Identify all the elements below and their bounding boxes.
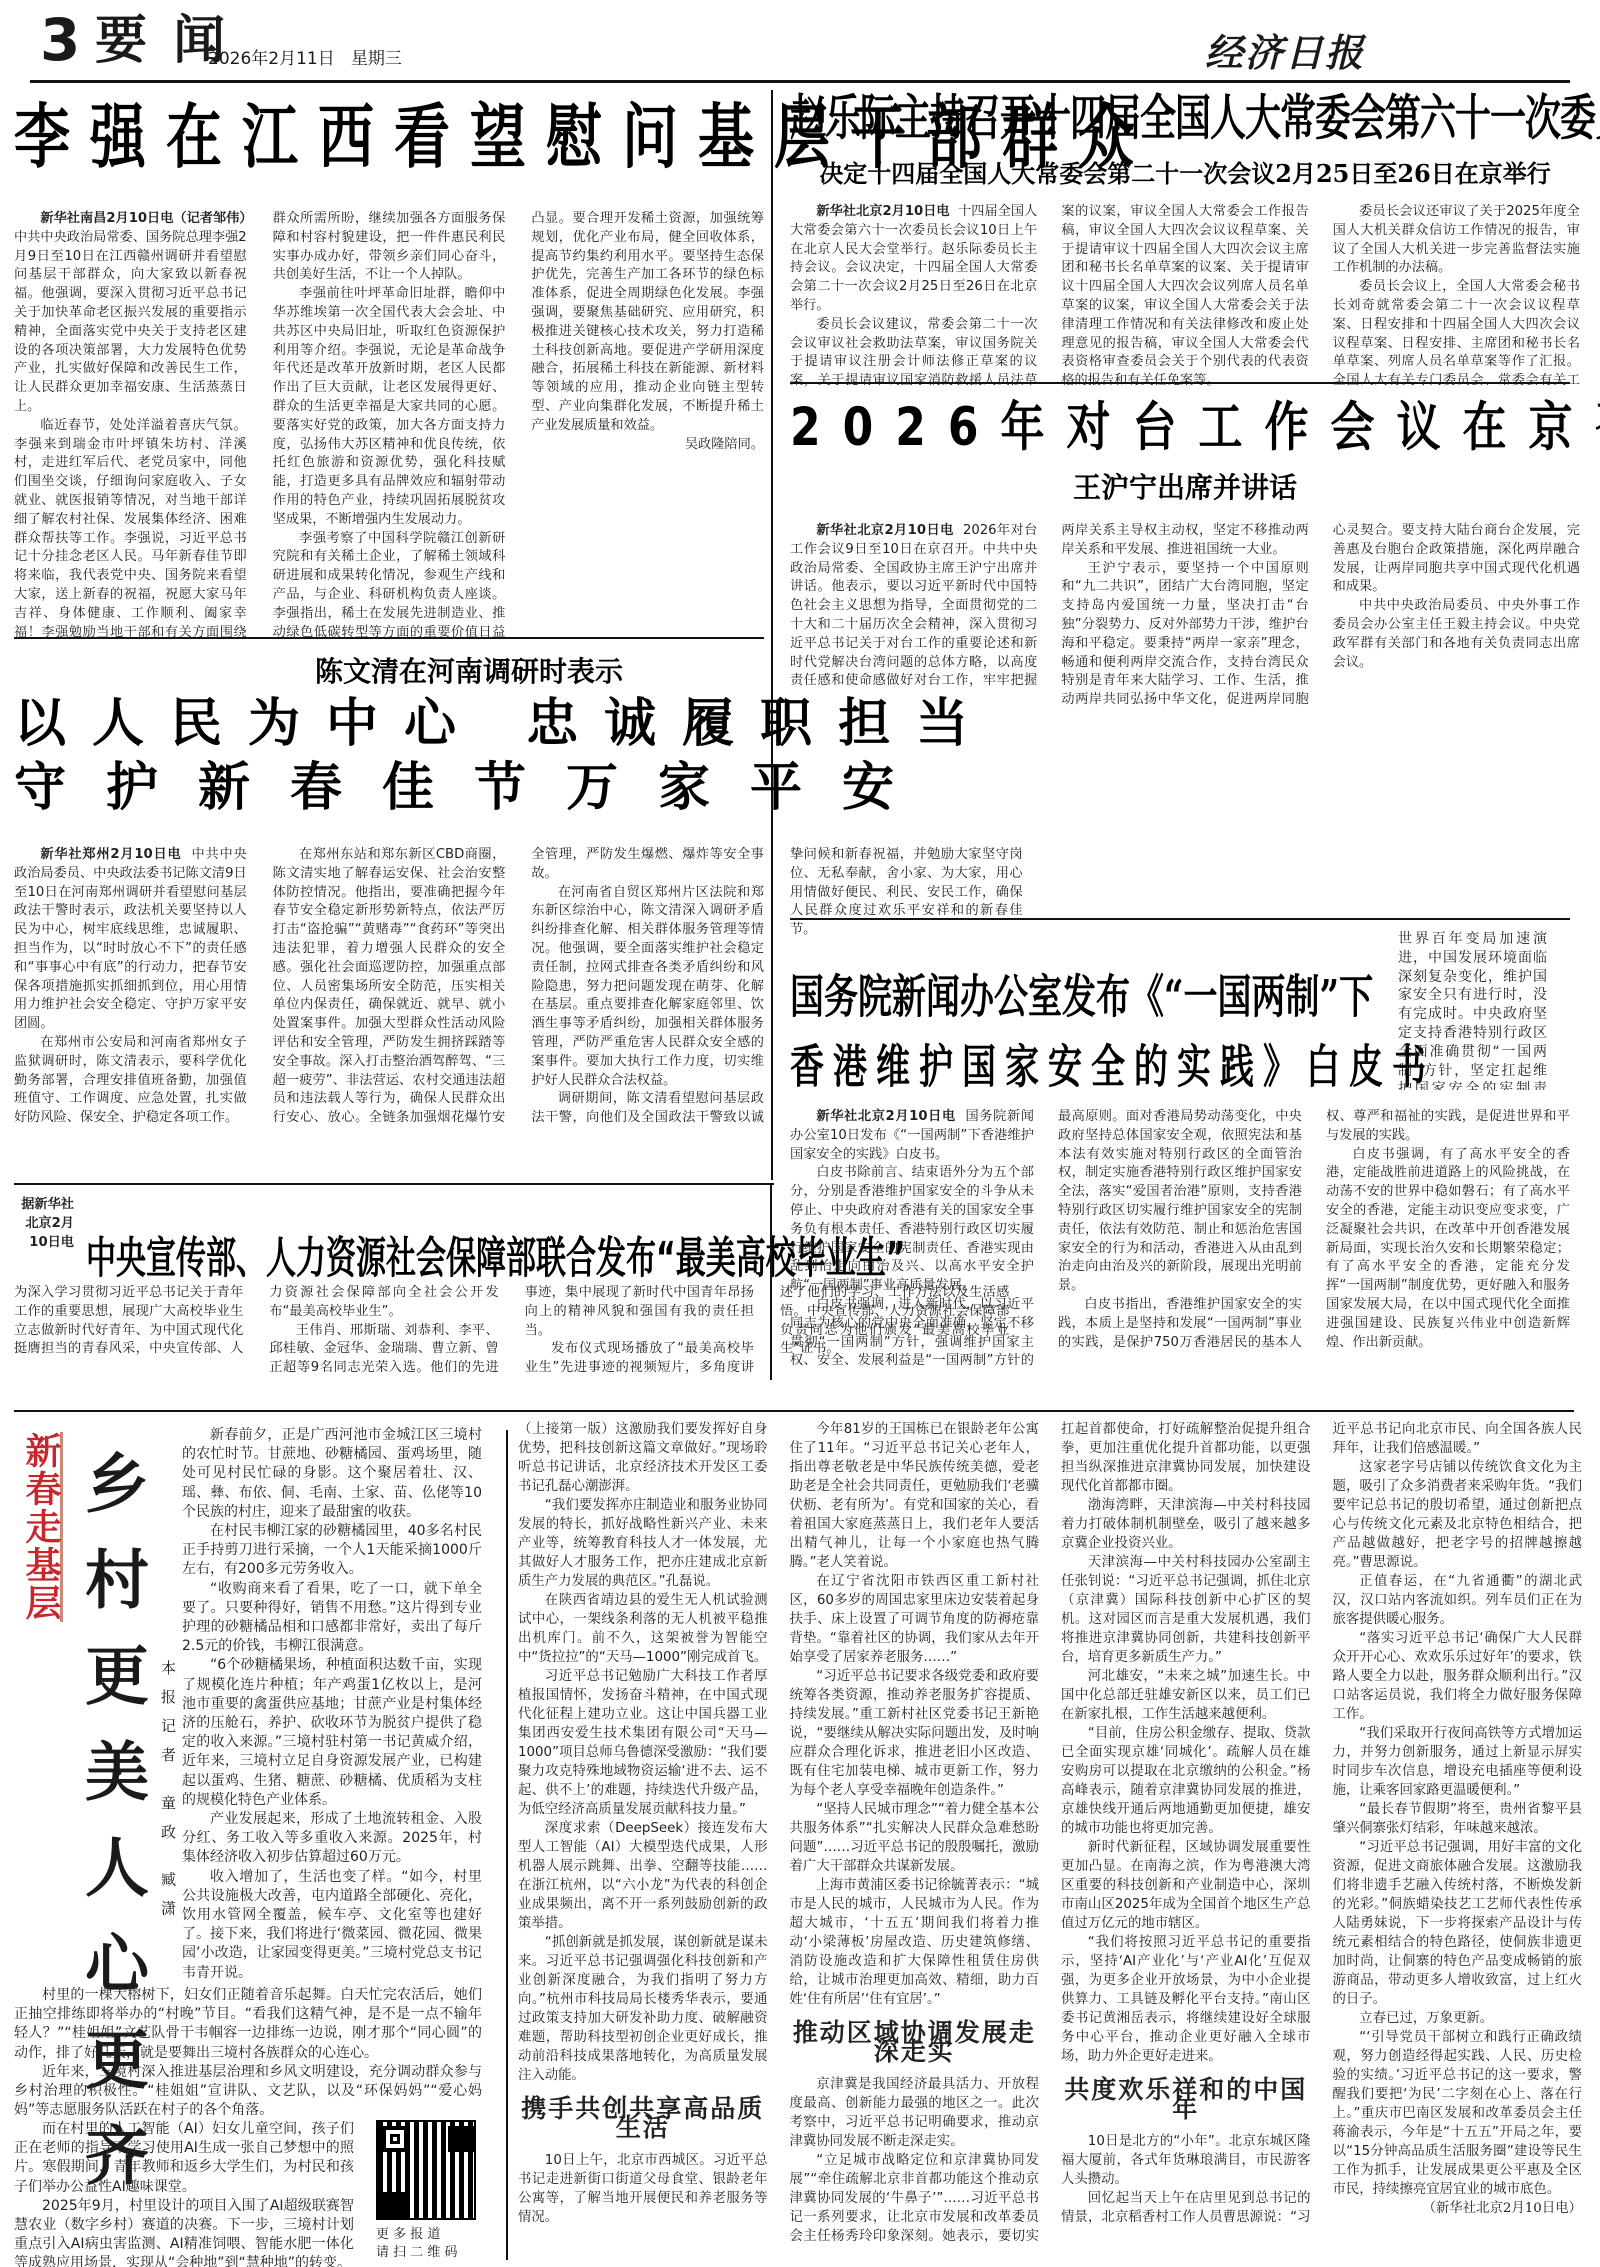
article-continued: （上接第一版）这激励我们要发挥好自身优势，把科技创新这篇文章做好。”现场聆听总书… (518, 1420, 1582, 2260)
article-hk-white-paper: 国务院新闻办公室发布《“一国两制”下 香港维护国家安全的实践》白皮书 世界百年变… (790, 930, 1580, 1400)
article-headline-line1: 以人民为中心 忠诚履职担当 (14, 692, 764, 756)
subheading: 推动区域协调发展走深走实 (790, 2023, 1040, 2061)
article-body: 新华社北京2月10日电 十四届全国人大常委会第六十一次委员长会议10日上午在北京… (790, 203, 1580, 399)
date-text: 2026年2月11日 (208, 49, 335, 69)
article-body: 新华社北京2月10日电 国务院新闻办公室10日发布《“一国两制”下香港维护国家安… (790, 1108, 1570, 1378)
article-body: 新华社南昌2月10日电（记者邹伟）中共中央政治局常委、国务院总理李强2月9日至1… (14, 210, 764, 645)
masthead-rule (30, 80, 1570, 83)
column-divider (771, 90, 773, 1180)
section-rule (790, 918, 1570, 920)
article-sidebar-text: 世界百年变局加速演进，中国发展环境面临深刻复杂变化，维护国家安全只有进行时，没有… (1398, 930, 1548, 1090)
article-body: 新春前夕，正是广西河池市金城江区三境村的农忙时节。甘蔗地、砂糖橘园、蛋鸡场里，随… (182, 1426, 482, 1986)
article-subheadline: 决定十四届全国人大常委会第二十一次会议2月25日至26日在京举行 (790, 154, 1580, 189)
section-rule (14, 637, 764, 639)
article-headline: 赵乐际主持召开十四届全国人大常委会第六十一次委员长会议 (790, 86, 1580, 154)
article-best-graduates: 据新华社北京2月10日电 中央宣传部、人力资源社会保障部联合发布“最美高校毕业生… (14, 1196, 754, 1376)
article-body: 新华社郑州2月10日电 中共中央政治局委员、中央政法委书记陈文清9日至10日在河… (14, 846, 764, 1146)
article-headline-line2: 香港维护国家安全的实践》白皮书 (790, 1030, 1435, 1096)
masthead: 3 要 闻 2026年2月11日 星期三 经济日报 (0, 0, 1600, 80)
article-headline: 李强在江西看望慰问基层干部群众 (14, 86, 764, 191)
article-headline-line2: 守护新春佳节万家平安 (14, 756, 764, 820)
article-body-continued: 村里的一棵大榕树下，妇女们正随着音乐起舞。白天忙完农活后，她们正抽空排练即将举办… (14, 1986, 482, 2120)
article-dateline: （新华社北京2月10日电） (1333, 2199, 1583, 2218)
article-lead: 新华社南昌2月10日电（记者邹伟） (40, 211, 252, 226)
paper-logo: 经济日报 (1205, 22, 1365, 77)
article-body: 为深入学习贯彻习近平总书记关于青年工作的重要思想，展现广大高校毕业生立志做新时代… (14, 1284, 754, 1378)
article-lead-box: 据新华社北京2月10日电 (14, 1196, 74, 1252)
article-chen-wenqing: 陈文清在河南调研时表示 以人民为中心 忠诚履职担当 守护新春佳节万家平安 新华社… (14, 650, 764, 1146)
weekday-text: 星期三 (351, 49, 402, 69)
article-rural-feature: 新春走基层 乡村更美人心更齐 本报记者 童政 臧潇 新春前夕，正是广西河池市金城… (14, 1420, 494, 2260)
article-li-qiang: 李强在江西看望慰问基层干部群众 新华社南昌2月10日电（记者邹伟）中共中央政治局… (14, 86, 764, 645)
column-tag: 新春走基层 (19, 1432, 63, 1622)
issue-date: 2026年2月11日 星期三 (208, 44, 402, 69)
article-body-continued: 而在村里的人工智能（AI）妇女儿童空间，孩子们正在老师的指导下学习使用AI生成一… (14, 2120, 354, 2267)
section-rule (14, 1183, 774, 1185)
article-headline: 2026年对台工作会议在京召开 (790, 392, 1580, 464)
section-rule (790, 382, 1570, 384)
subheading: 携手共创共享高品质生活 (518, 2099, 768, 2137)
article-headline-line1: 国务院新闻办公室发布《“一国两制”下 (790, 960, 1373, 1026)
section-rule (14, 1410, 1574, 1412)
page-number: 3 (40, 4, 80, 76)
article-taiwan-work: 2026年对台工作会议在京召开 王沪宁出席并讲话 新华社北京2月10日电 202… (790, 392, 1580, 717)
article-body: （上接第一版）这激励我们要发挥好自身优势，把科技创新这篇文章做好。”现场聆听总书… (518, 1420, 1582, 2260)
article-subheadline: 王沪宁出席并讲话 (790, 466, 1580, 506)
article-body: 新华社北京2月10日电 2026年对台工作会议9日至10日在京召开。中共中央政治… (790, 522, 1580, 717)
article-zhao-leji: 赵乐际主持召开十四届全国人大常委会第六十一次委员长会议 决定十四届全国人大常委会… (790, 86, 1580, 399)
qr-caption: 更 多 报 道 请 扫 二 维 码 (376, 2226, 480, 2262)
qr-code[interactable] (376, 2120, 476, 2220)
article-headline: 中央宣传部、人力资源社会保障部联合发布“最美高校毕业生” (86, 1222, 905, 1286)
column-divider (506, 1430, 508, 2260)
article-kicker: 陈文清在河南调研时表示 (14, 650, 764, 690)
article-byline: 本报记者 童政 臧潇 (158, 1660, 179, 1930)
box-rule (770, 1185, 772, 1380)
subheading: 共度欢乐祥和的中国年 (1061, 2080, 1311, 2118)
